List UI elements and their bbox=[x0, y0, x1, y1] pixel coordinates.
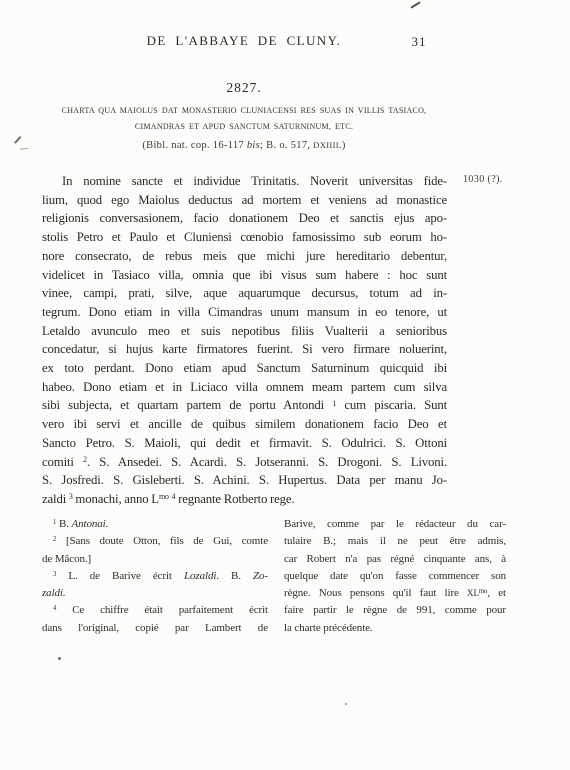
body-text-line: stolis Petro et Paulo et Cluniensi cœnob… bbox=[42, 228, 447, 247]
margin-date-note: 1030 (?). bbox=[463, 174, 533, 185]
body-text-line: zaldi 3 monachi, anno Lmo 4 regnante Rot… bbox=[42, 490, 447, 509]
charter-body: In nomine sancte et individue Trinitatis… bbox=[42, 172, 447, 509]
source-reference: (Bibl. nat. cop. 16-117 bis; B. o. 517, … bbox=[42, 140, 446, 151]
body-text-line: lium, quod ego Maiolus deductus ad morte… bbox=[42, 191, 447, 210]
footnote-line: tulaire B.; mais il ne peut être admis, bbox=[284, 533, 506, 550]
footnote-line: 3 L. de Barive écrit Lozaldi. B. Zo- bbox=[42, 568, 268, 585]
footnote-line: 4 Ce chiffre était parfaitement écrit bbox=[42, 602, 268, 619]
charter-number: 2827. bbox=[42, 80, 446, 96]
footnote-line: la charte précédente. bbox=[284, 620, 506, 637]
footnote-column-left: 1 B. Antonai.2 [Sans doute Otton, fils d… bbox=[42, 516, 268, 637]
body-text-line: S. Josfredi. S. Gisleberti. S. Achini. S… bbox=[42, 471, 447, 490]
body-text-line: vero ibi servi et ancille de quibus simi… bbox=[42, 415, 447, 434]
body-text-line: tegrum. Dono etiam in villa Cimandras un… bbox=[42, 303, 447, 322]
footnote-line: 2 [Sans doute Otton, fils de Gui, comte bbox=[42, 533, 268, 550]
scan-speck bbox=[58, 657, 61, 660]
pen-mark bbox=[410, 1, 420, 9]
scanned-book-page: DE L'ABBAYE DE CLUNY. 31 2827. CHARTA QU… bbox=[0, 0, 570, 770]
body-text-line: sibi subjecta, et quartam partem de port… bbox=[42, 396, 447, 415]
footnote-line: dans l'original, copié par Lambert de bbox=[42, 620, 268, 637]
charter-heading: CHARTA QUA MAIOLUS DAT MONASTERIO CLUNIA… bbox=[42, 103, 446, 135]
body-text-line: Letaldo avunculo meo et suis nepotibus f… bbox=[42, 322, 447, 341]
body-text-line: vinee, campi, prati, silve, aque aquarum… bbox=[42, 284, 447, 303]
footnote-line: règne. Nous pensons qu'il faut lire XLmo… bbox=[284, 585, 506, 602]
running-header-title: DE L'ABBAYE DE CLUNY. bbox=[42, 33, 446, 49]
pen-mark bbox=[14, 136, 21, 144]
body-text-line: videlicet in Tasiaco villa, omnia que ib… bbox=[42, 266, 447, 285]
body-text-line: ex toto perdant. Dono etiam apud Sanctum… bbox=[42, 359, 447, 378]
body-text-line: religionis conversasionem, facio donatio… bbox=[42, 209, 447, 228]
charter-heading-line: CIMANDRAS ET APUD SANCTUM SATURNINUM, ET… bbox=[42, 119, 446, 135]
footnote-line: faire partir le règne de 991, comme pour bbox=[284, 602, 506, 619]
footnote-line: zaldi. bbox=[42, 585, 268, 602]
body-text-line: concedatur, si hujus karte firmatores fu… bbox=[42, 340, 447, 359]
body-text-line: In nomine sancte et individue Trinitatis… bbox=[42, 172, 447, 191]
footnote-column-right: Barive, comme par le rédacteur du car-tu… bbox=[284, 516, 506, 637]
footnote-line: Barive, comme par le rédacteur du car- bbox=[284, 516, 506, 533]
footnote-line: 1 B. Antonai. bbox=[42, 516, 268, 533]
footnote-line: de Mâcon.] bbox=[42, 551, 268, 568]
page-number: 31 bbox=[402, 34, 436, 50]
scan-speck bbox=[345, 703, 347, 705]
footnote-line: quelque date qu'on fasse commencer son bbox=[284, 568, 506, 585]
footnote-line: car Robert n'a pas régné cinquante ans, … bbox=[284, 551, 506, 568]
body-text-line: nore consecrato, de rebus meis que michi… bbox=[42, 247, 447, 266]
body-text-line: Sancto Petro. S. Maioli, qui dedit et fi… bbox=[42, 434, 447, 453]
charter-heading-line: CHARTA QUA MAIOLUS DAT MONASTERIO CLUNIA… bbox=[42, 103, 446, 119]
body-text-line: habeo. Dono etiam et in Liciaco villa om… bbox=[42, 378, 447, 397]
body-text-line: comiti 2. S. Ansedei. S. Acardi. S. Jots… bbox=[42, 453, 447, 472]
